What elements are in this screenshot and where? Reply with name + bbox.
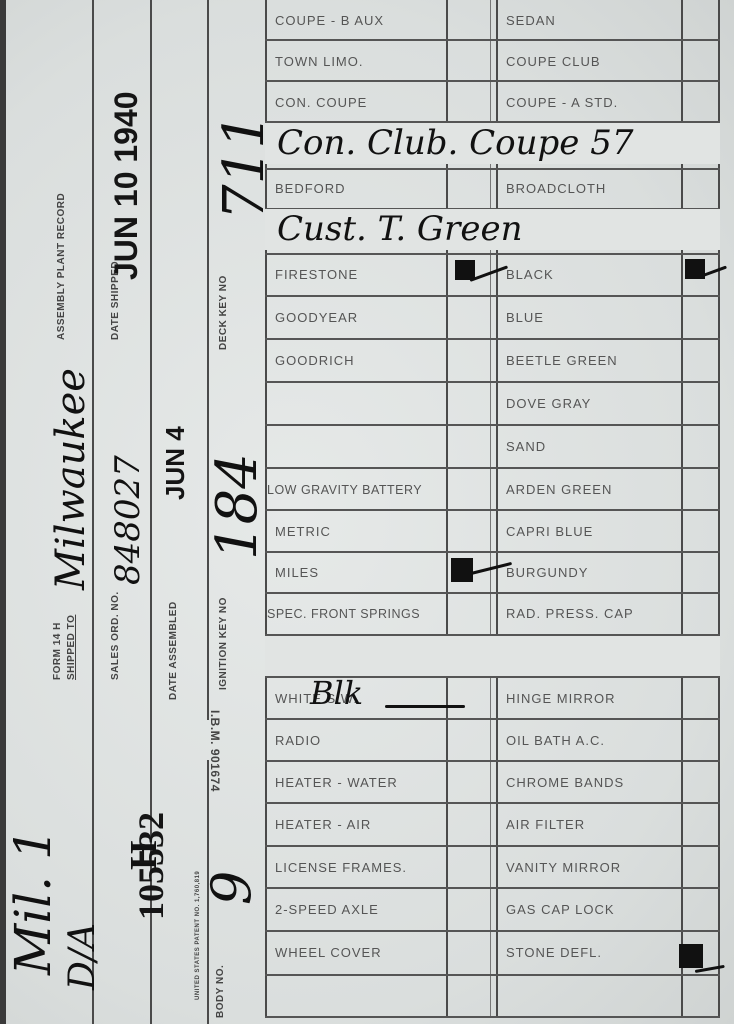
option-right[interactable]: BROADCLOTH <box>496 168 681 209</box>
grid-row: GOODRICH BEETLE GREEN <box>265 340 720 381</box>
option-left[interactable]: COUPE - B AUX <box>265 0 446 41</box>
body-no-label: BODY NO. <box>215 965 226 1018</box>
grid-row: GOODYEAR BLUE <box>265 297 720 338</box>
option-right[interactable]: BLUE <box>496 297 681 338</box>
trim-writein[interactable]: Cust. T. Green <box>277 209 523 249</box>
option-left[interactable]: LOW GRAVITY BATTERY <box>265 469 446 510</box>
option-left[interactable]: METRIC <box>265 511 446 552</box>
option-right[interactable]: BLACK <box>496 254 681 295</box>
option-right[interactable]: DOVE GRAY <box>496 383 681 424</box>
checkbox-mark[interactable] <box>679 944 703 968</box>
option-right[interactable]: CHROME BANDS <box>496 762 681 803</box>
checkbox-mark[interactable] <box>685 259 705 279</box>
option-right[interactable]: RAD. PRESS. CAP <box>496 593 681 634</box>
option-right[interactable]: SAND <box>496 426 681 467</box>
option-left[interactable]: WHEEL COVER <box>265 932 446 973</box>
option-left[interactable]: FIRESTONE <box>265 254 446 295</box>
grid-row-blank <box>265 976 720 1017</box>
date-assembled-label: DATE ASSEMBLED <box>168 601 179 700</box>
sales-ord-value[interactable]: 848027 <box>108 455 148 585</box>
grid-row: METRIC CAPRI BLUE <box>265 511 720 552</box>
option-left[interactable]: MILES <box>265 552 446 593</box>
grid-row-writein: Con. Club. Coupe 57 <box>265 123 720 164</box>
option-right[interactable]: GAS CAP LOCK <box>496 889 681 930</box>
column-divider <box>207 0 209 720</box>
option-right[interactable]: STONE DEFL. <box>496 932 681 973</box>
grid-row: LOW GRAVITY BATTERY ARDEN GREEN <box>265 469 720 510</box>
grid-row-writein: Cust. T. Green <box>265 209 720 250</box>
grid-row: WHITE S.W. HINGE MIRROR Blk <box>265 678 720 719</box>
grid-row: 2-SPEED AXLE GAS CAP LOCK <box>265 889 720 930</box>
grid-row: TOWN LIMO. COUPE CLUB <box>265 41 720 82</box>
deck-key-label: DECK KEY NO <box>218 275 229 350</box>
body-no-value[interactable]: 9 <box>200 871 263 905</box>
grid-row: RADIO OIL BATH A.C. <box>265 720 720 761</box>
option-left[interactable]: GOODRICH <box>265 340 446 381</box>
option-left[interactable] <box>265 426 446 467</box>
option-right[interactable]: VANITY MIRROR <box>496 847 681 888</box>
ibm-number: I.B.M. 901674 <box>209 710 220 792</box>
sales-ord-label: SALES ORD. NO. <box>110 591 121 680</box>
date-shipped-value[interactable]: JUN 10 1940 <box>108 91 145 280</box>
option-right[interactable]: COUPE - A STD. <box>496 82 681 123</box>
grid-row-blank <box>265 636 720 677</box>
option-right[interactable]: SEDAN <box>496 0 681 41</box>
option-left[interactable]: RADIO <box>265 720 446 761</box>
serial-number: 105532 <box>130 812 172 920</box>
grid-row: MILES BURGUNDY <box>265 552 720 593</box>
ignition-key-value[interactable]: 184 <box>205 453 270 560</box>
grid-row: DOVE GRAY <box>265 383 720 424</box>
model-writein[interactable]: Con. Club. Coupe 57 <box>277 123 634 163</box>
option-left[interactable] <box>265 383 446 424</box>
grid-row: LICENSE FRAMES. VANITY MIRROR <box>265 847 720 888</box>
option-left[interactable]: 2-SPEED AXLE <box>265 889 446 930</box>
option-right[interactable]: AIR FILTER <box>496 804 681 845</box>
option-right[interactable]: HINGE MIRROR <box>496 678 681 719</box>
grid-row: HEATER - WATER CHROME BANDS <box>265 762 720 803</box>
handwritten-da: D/A <box>62 923 103 990</box>
options-grid: COUPE - B AUX SEDAN TOWN LIMO. COUPE CLU… <box>265 0 720 1018</box>
option-left[interactable]: HEATER - WATER <box>265 762 446 803</box>
option-right[interactable]: COUPE CLUB <box>496 41 681 82</box>
option-left[interactable]: TOWN LIMO. <box>265 41 446 82</box>
grid-row: BEDFORD BROADCLOTH <box>265 168 720 209</box>
grid-row: WHEEL COVER STONE DEFL. <box>265 932 720 973</box>
option-left[interactable]: HEATER - AIR <box>265 804 446 845</box>
overwrite-underline <box>385 705 465 708</box>
option-left[interactable]: SPEC. FRONT SPRINGS <box>265 593 446 634</box>
option-right[interactable]: BEETLE GREEN <box>496 340 681 381</box>
option-left[interactable]: GOODYEAR <box>265 297 446 338</box>
option-left[interactable]: CON. COUPE <box>265 82 446 123</box>
handwritten-model: Mil. 1 <box>4 828 62 975</box>
grid-row: CON. COUPE COUPE - A STD. <box>265 82 720 123</box>
checkbox-mark[interactable] <box>451 558 473 582</box>
grid-row: FIRESTONE BLACK <box>265 254 720 295</box>
date-assembled-value[interactable]: JUN 4 <box>160 426 191 500</box>
option-right[interactable]: ARDEN GREEN <box>496 469 681 510</box>
option-left[interactable]: LICENSE FRAMES. <box>265 847 446 888</box>
shipped-to-value[interactable]: Milwaukee <box>48 368 94 590</box>
option-right[interactable]: OIL BATH A.C. <box>496 720 681 761</box>
option-right[interactable]: BURGUNDY <box>496 552 681 593</box>
tire-color-overwrite[interactable]: Blk <box>310 674 363 712</box>
form-title: ASSEMBLY PLANT RECORD <box>56 193 67 340</box>
row-line <box>265 1016 720 1018</box>
grid-row: COUPE - B AUX SEDAN <box>265 0 720 41</box>
shipped-to-label: SHIPPED TO <box>66 615 77 680</box>
option-right[interactable]: CAPRI BLUE <box>496 511 681 552</box>
grid-row: SAND <box>265 426 720 467</box>
grid-row: SPEC. FRONT SPRINGS RAD. PRESS. CAP <box>265 593 720 634</box>
form-number: FORM 14 H <box>52 622 63 680</box>
option-left[interactable]: BEDFORD <box>265 168 446 209</box>
ignition-key-label: IGNITION KEY NO <box>218 597 229 690</box>
grid-row: HEATER - AIR AIR FILTER <box>265 804 720 845</box>
